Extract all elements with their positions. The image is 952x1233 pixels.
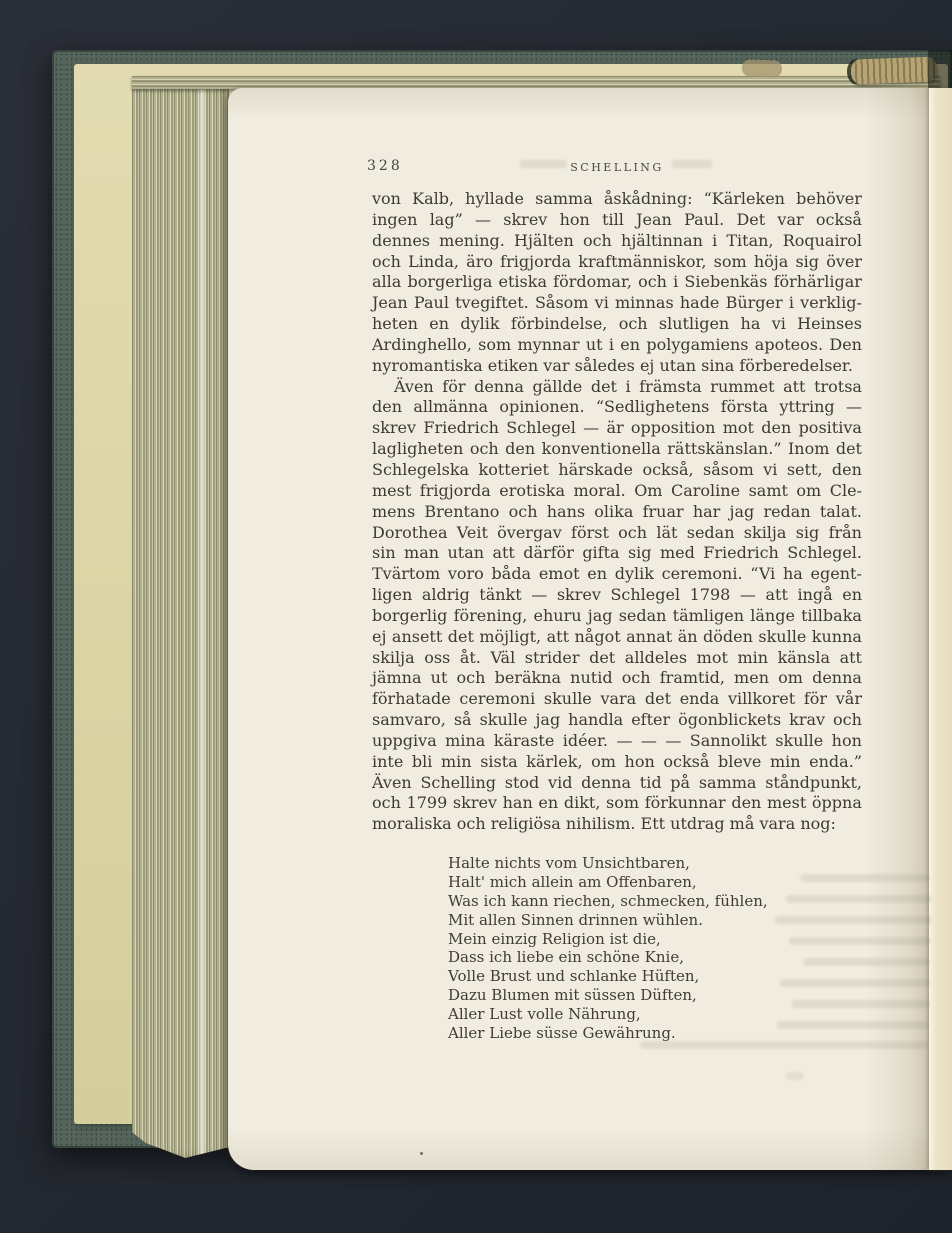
- bleedthrough-line: [777, 1021, 929, 1029]
- text-line: skrevFriedrichSchlegel—äroppositionmotde…: [372, 418, 862, 439]
- poem-line: Halt' mich allein am Offenbaren,: [448, 873, 768, 892]
- text-line: Schlegelskakotteriethärskadeockså,såsomv…: [372, 460, 862, 481]
- bleedthrough-line: [789, 937, 931, 945]
- poem-line: Dass ich liebe ein schöne Knie,: [448, 948, 768, 967]
- text-line: nyromantiska etiken var således ej utan …: [372, 356, 862, 377]
- text-line: ejansettdetmöjligt,attnågotannatändödens…: [372, 627, 862, 648]
- text-line: ÄvenSchellingstodviddennatidpåsammastånd…: [372, 773, 862, 794]
- poem-block: Halte nichts vom Unsichtbaren,Halt' mich…: [448, 854, 768, 1043]
- poem-line: Halte nichts vom Unsichtbaren,: [448, 854, 768, 873]
- poem-line: Dazu Blumen mit süssen Düften,: [448, 986, 768, 1005]
- text-line: moraliska och religiösa nihilism. Ett ut…: [372, 814, 862, 835]
- poem-line: Was ich kann riechen, schmecken, fühlen,: [448, 892, 768, 911]
- text-line: uppgivaminakärasteidéer.———Sannoliktskul…: [372, 731, 862, 752]
- text-line: Tvärtomvorobådaemotendylikceremoni.“Viha…: [372, 564, 862, 585]
- text-line: jämnautochberäknanutidochframtid,menomde…: [372, 668, 862, 689]
- page-stack-fore-edge: [132, 76, 229, 1158]
- paper-speck: [420, 1152, 423, 1155]
- bleedthrough-line: [780, 979, 930, 987]
- poem-line: Volle Brust und schlanke Hüften,: [448, 967, 768, 986]
- text-line: laglighetenochdenkonventionellarättskäns…: [372, 439, 862, 460]
- text-line: Ävenfördennagälldedetifrämstarummetatttr…: [372, 377, 862, 398]
- text-line: och1799skrevhanendikt,somförkunnardenmes…: [372, 793, 862, 814]
- text-line: förhatadeceremoniskullevaradetendavillko…: [372, 689, 862, 710]
- bleedthrough-mark: [786, 1072, 804, 1080]
- text-line: mensBrentanoochhansolikafruarharjagredan…: [372, 502, 862, 523]
- text-line: dennesmening.HjältenochhjältinnaniTitan,…: [372, 231, 862, 252]
- text-line: DorotheaVeitövergavförstochlätsedanskilj…: [372, 523, 862, 544]
- text-line: JeanPaultvegiftet.SåsomviminnashadeBürge…: [372, 293, 862, 314]
- running-head: SCHELLING: [372, 161, 862, 174]
- poem-line: Aller Lust volle Nährung,: [448, 1005, 768, 1024]
- text-line: ligenaldrigtänkt—skrevSchlegel1798—attin…: [372, 585, 862, 606]
- text-line: Ardinghello,sommynnarutienpolygamiensapo…: [372, 335, 862, 356]
- text-line: sinmanutanattdärförgiftasigmedFriedrichS…: [372, 543, 862, 564]
- bleedthrough-line: [786, 895, 932, 903]
- text-line: allaborgerligaetiskafördomar,ochiSiebenk…: [372, 272, 862, 293]
- headband: [851, 57, 938, 85]
- body-text: vonKalb,hylladesammaåskådning:“Kärlekenb…: [372, 189, 862, 835]
- bleedthrough-line: [800, 874, 930, 882]
- text-line: denallmännaopinionen.“Sedlighetensförsta…: [372, 397, 862, 418]
- poem-line: Aller Liebe süsse Gewährung.: [448, 1024, 768, 1043]
- bleedthrough-line: [775, 916, 932, 924]
- photographed-open-book: 328 SCHELLING vonKalb,hylladesammaåskådn…: [0, 0, 952, 1233]
- cloth-worn-patch: [742, 59, 783, 77]
- text-line: borgerligförening,ehurujagsedantämligenl…: [372, 606, 862, 627]
- poem-line: Mit allen Sinnen drinnen wühlen.: [448, 911, 768, 930]
- bleedthrough-line: [803, 958, 930, 966]
- text-line: mestfrigjordaerotiskamoral.OmCarolinesam…: [372, 481, 862, 502]
- text-line: hetenendylikförbindelse,ochslutligenhavi…: [372, 314, 862, 335]
- text-line: intebliminsistakärlek,omhonocksåblevemin…: [372, 752, 862, 773]
- text-line: ochLinda,ärofrigjordakraftmänniskor,somh…: [372, 252, 862, 273]
- bleedthrough-line: [791, 1000, 930, 1008]
- text-line: ingenlag”—skrevhontillJeanPaul.Detvarock…: [372, 210, 862, 231]
- gutter-fold: [929, 88, 952, 1170]
- poem-line: Mein einzig Religion ist die,: [448, 930, 768, 949]
- text-line: samvaro,såskullejaghandlaefterögonblicke…: [372, 710, 862, 731]
- text-line: vonKalb,hylladesammaåskådning:“Kärlekenb…: [372, 189, 862, 210]
- text-line: skiljaossåt.Välstriderdetalldelesmotmink…: [372, 648, 862, 669]
